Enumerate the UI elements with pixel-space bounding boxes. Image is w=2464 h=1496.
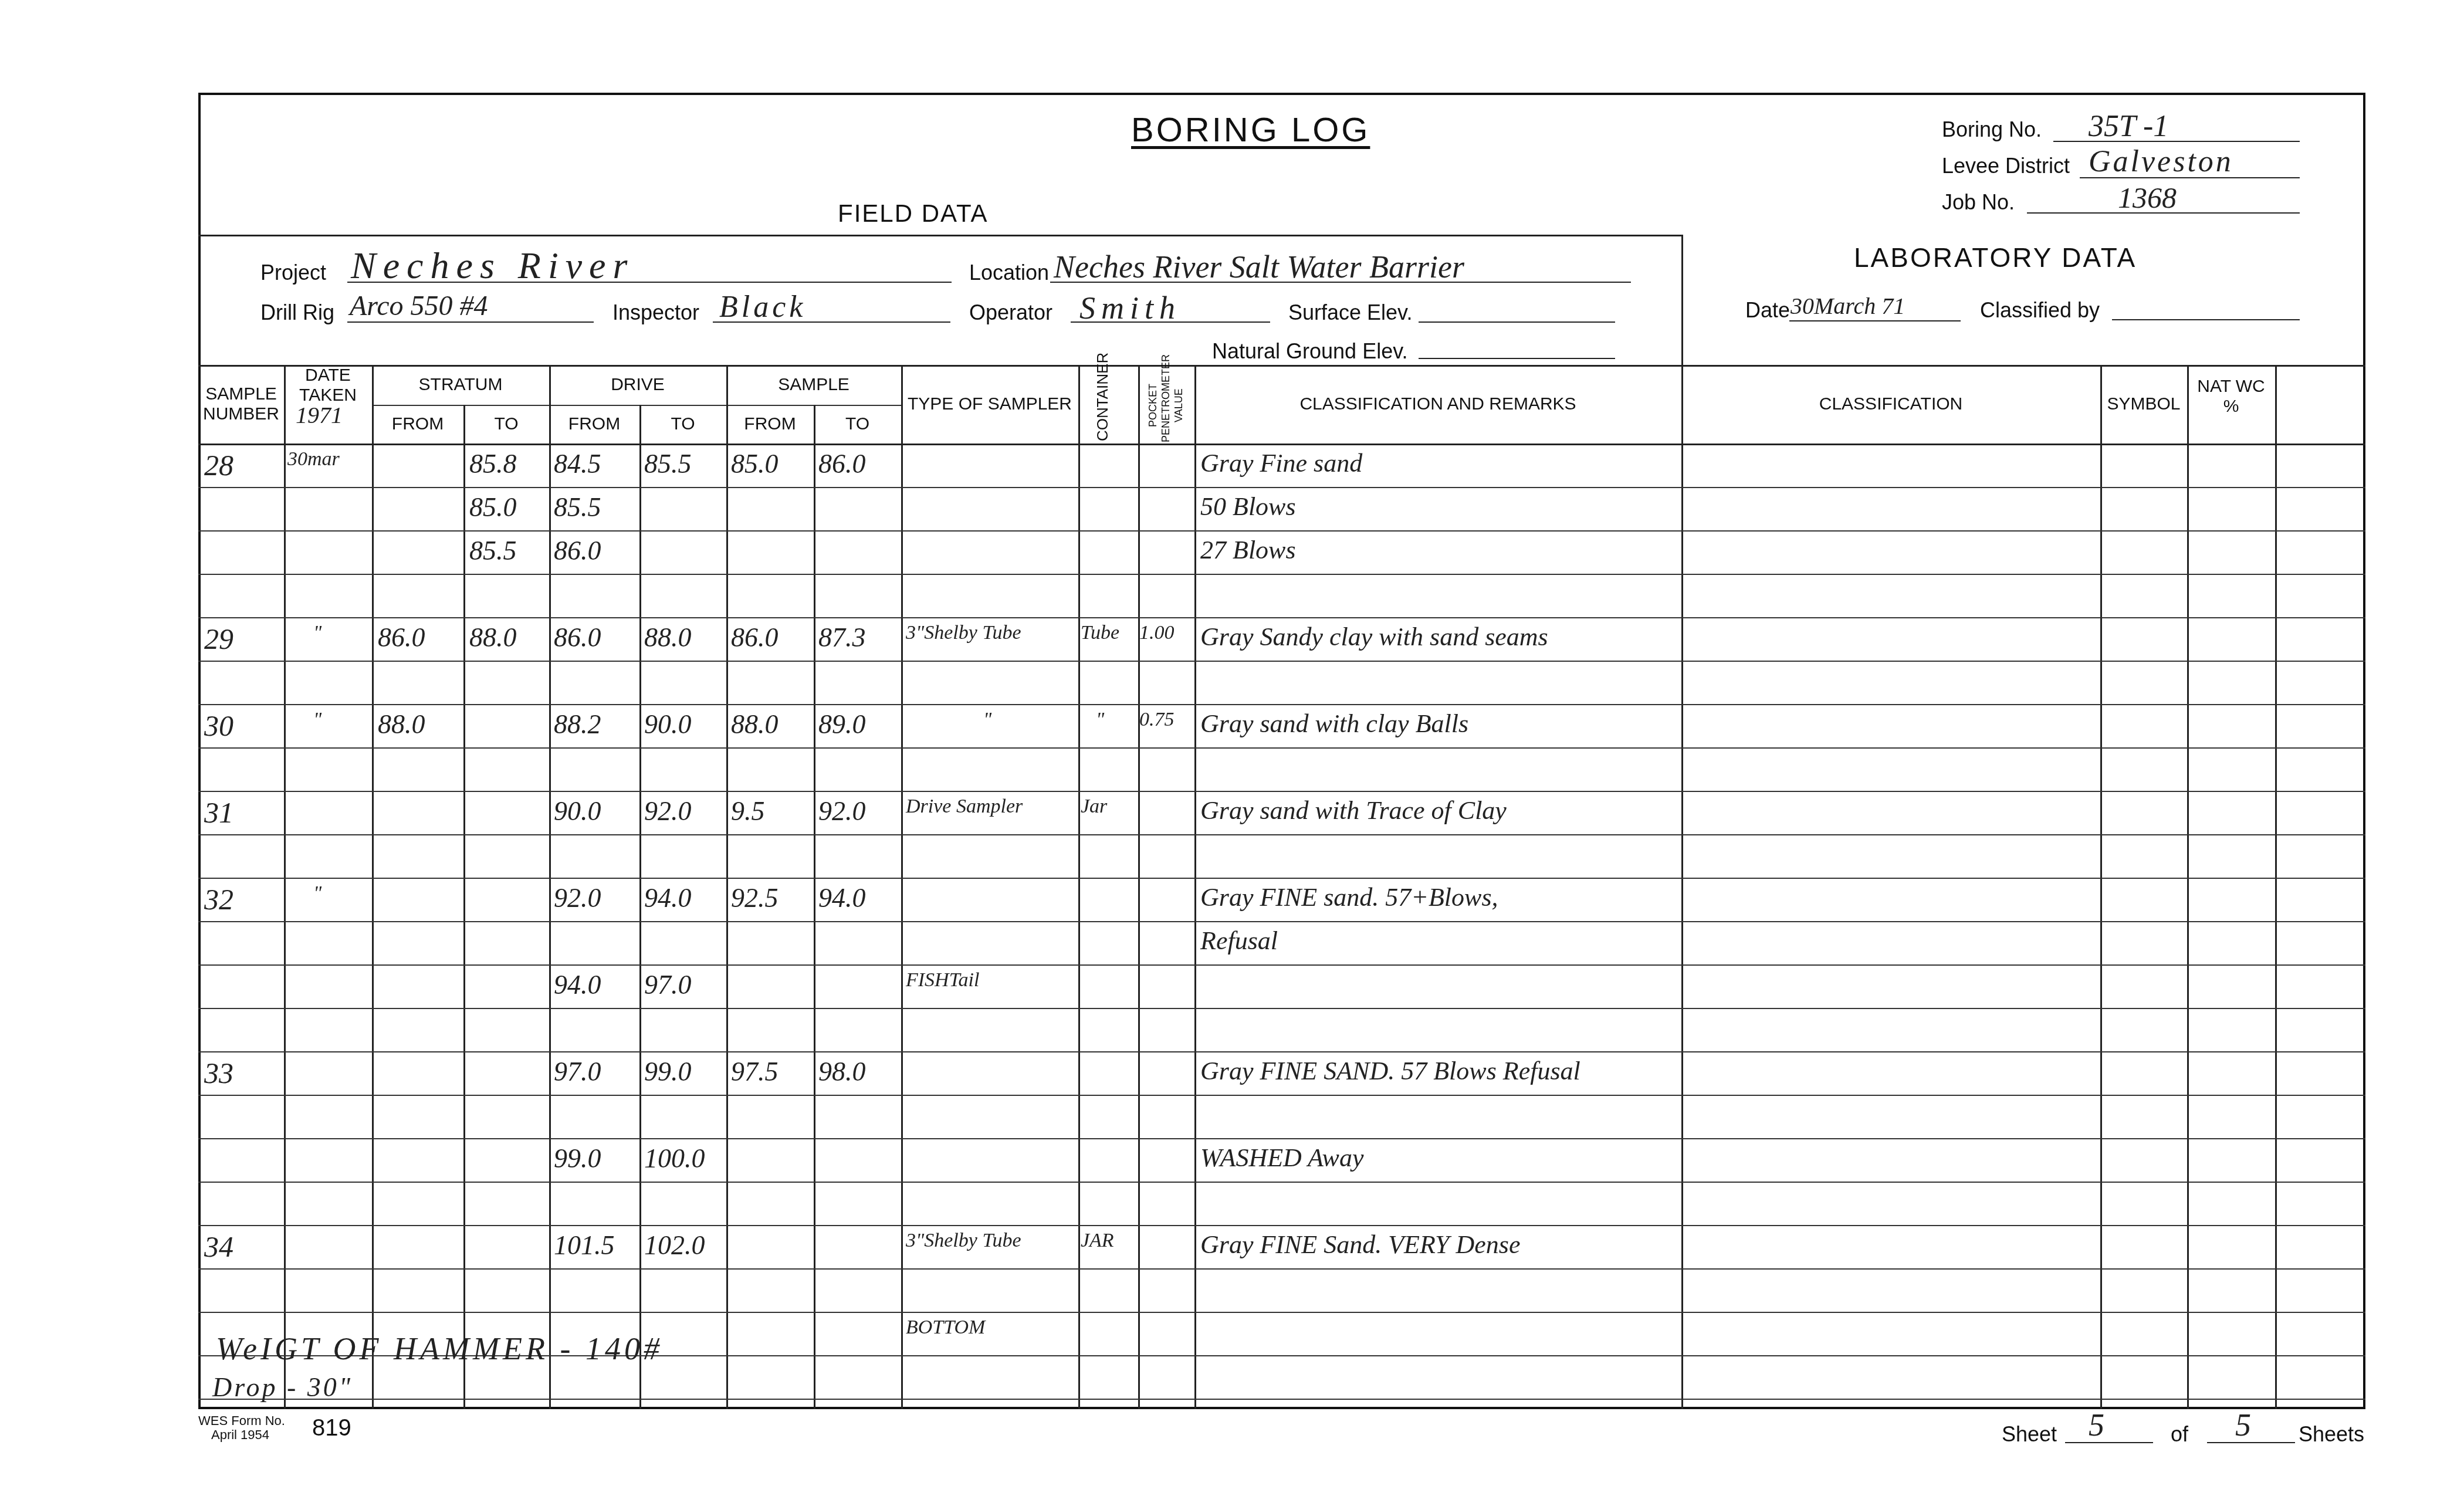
cell-st-to[interactable]: 85.8 bbox=[469, 448, 517, 479]
cell-dr-from[interactable]: 92.0 bbox=[554, 882, 601, 913]
cell-remarks[interactable]: Gray Fine sand bbox=[1200, 448, 1362, 478]
row-divider bbox=[198, 1399, 2365, 1400]
cell-sa-from[interactable]: 97.5 bbox=[731, 1056, 779, 1087]
cell-remarks[interactable]: Gray FINE SAND. 57 Blows Refusal bbox=[1200, 1056, 1580, 1086]
header-container: CONTAINER bbox=[1096, 371, 1109, 441]
cell-dr-from[interactable]: 94.0 bbox=[554, 969, 601, 1000]
inspector-label: Inspector bbox=[612, 300, 699, 325]
cell-sample[interactable]: 28 bbox=[204, 448, 233, 482]
cell-sa-to[interactable]: 94.0 bbox=[818, 882, 866, 913]
cell-sample[interactable]: 29 bbox=[204, 622, 233, 656]
header-date-year: 1971 bbox=[296, 401, 343, 429]
natural-ground-elev-label: Natural Ground Elev. bbox=[1212, 339, 1408, 364]
cell-dr-from[interactable]: 101.5 bbox=[554, 1230, 615, 1261]
header-drive: DRIVE bbox=[549, 365, 726, 405]
cell-sa-from[interactable]: 92.5 bbox=[731, 882, 779, 913]
cell-date[interactable]: " bbox=[313, 709, 321, 731]
operator-label: Operator bbox=[969, 300, 1052, 325]
cell-remarks[interactable]: 27 Blows bbox=[1200, 535, 1296, 565]
cell-sa-from[interactable]: 88.0 bbox=[731, 709, 779, 740]
table-row bbox=[198, 921, 2365, 964]
cell-sample[interactable]: 33 bbox=[204, 1056, 233, 1090]
project-value[interactable]: Neches River bbox=[351, 244, 634, 287]
table-row bbox=[198, 834, 2365, 878]
table-row bbox=[198, 661, 2365, 704]
header-classification: CLASSIFICATION bbox=[1681, 365, 2100, 444]
cell-sa-from[interactable]: 9.5 bbox=[731, 796, 765, 827]
date-label: Date bbox=[1745, 298, 1790, 323]
header-type-of-sampler: TYPE OF SAMPLER bbox=[901, 365, 1078, 444]
header-nat-wc: NAT WC% bbox=[2187, 377, 2275, 417]
header-sample-to: TO bbox=[814, 405, 901, 444]
boring-no-value[interactable]: 35T -1 bbox=[2089, 109, 2168, 144]
cell-dr-to[interactable]: 92.0 bbox=[644, 796, 692, 827]
header-drive-to: TO bbox=[639, 405, 726, 444]
boring-no-label: Boring No. bbox=[1942, 117, 2042, 142]
header-stratum-from: FROM bbox=[372, 405, 463, 444]
total-sheets[interactable]: 5 bbox=[2235, 1407, 2251, 1443]
header-stratum: STRATUM bbox=[372, 365, 549, 405]
classified-by-label: Classified by bbox=[1980, 298, 2100, 323]
table-row bbox=[198, 747, 2365, 791]
cell-date[interactable]: " bbox=[313, 882, 321, 905]
cell-pen[interactable]: 0.75 bbox=[1139, 709, 1175, 731]
drill-rig-label: Drill Rig bbox=[260, 300, 334, 325]
cell-sample[interactable]: 31 bbox=[204, 796, 233, 830]
cell-dr-to[interactable]: 90.0 bbox=[644, 709, 692, 740]
cell-sampler[interactable]: BOTTOM bbox=[906, 1316, 985, 1339]
header-symbol: SYMBOL bbox=[2100, 365, 2187, 444]
table-row bbox=[198, 1268, 2365, 1312]
cell-st-to[interactable]: 85.5 bbox=[469, 535, 517, 566]
field-data-label: FIELD DATA bbox=[838, 199, 988, 228]
cell-dr-from[interactable]: 85.5 bbox=[554, 492, 601, 523]
table-row bbox=[198, 964, 2365, 1008]
cell-st-to[interactable]: 88.0 bbox=[469, 622, 517, 653]
cell-remarks[interactable]: Gray sand with Trace of Clay bbox=[1200, 796, 1507, 825]
form-title: BORING LOG bbox=[1131, 110, 1370, 150]
cell-remarks[interactable]: Gray FINE sand. 57+Blows, bbox=[1200, 882, 1498, 912]
cell-sa-to[interactable]: 98.0 bbox=[818, 1056, 866, 1087]
cell-remarks[interactable]: 50 Blows bbox=[1200, 492, 1296, 522]
cell-sample[interactable]: 34 bbox=[204, 1230, 233, 1264]
cell-sa-from[interactable]: 86.0 bbox=[731, 622, 779, 653]
cell-container[interactable]: Tube bbox=[1081, 622, 1119, 644]
sheet-label: Sheet bbox=[2002, 1422, 2057, 1447]
cell-sampler[interactable]: 3"Shelby Tube bbox=[906, 1230, 1021, 1252]
form-date: April 1954 bbox=[198, 1428, 285, 1442]
cell-dr-from[interactable]: 84.5 bbox=[554, 448, 601, 479]
cell-sampler[interactable]: 3"Shelby Tube bbox=[906, 622, 1021, 644]
cell-sampler[interactable]: " bbox=[983, 709, 991, 731]
table-row bbox=[198, 1095, 2365, 1138]
cell-remarks[interactable]: Gray FINE Sand. VERY Dense bbox=[1200, 1230, 1520, 1260]
cell-pen[interactable]: 1.00 bbox=[1139, 622, 1175, 644]
cell-dr-to[interactable]: 94.0 bbox=[644, 882, 692, 913]
header-sample-from: FROM bbox=[726, 405, 814, 444]
cell-dr-to[interactable]: 102.0 bbox=[644, 1230, 705, 1261]
drill-rig-value[interactable]: Arco 550 #4 bbox=[350, 290, 488, 322]
job-no-label: Job No. bbox=[1942, 190, 2015, 215]
job-no-value[interactable]: 1368 bbox=[2118, 181, 2177, 215]
surface-elev-label: Surface Elev. bbox=[1288, 300, 1412, 325]
cell-st-from[interactable]: 86.0 bbox=[378, 622, 425, 653]
header-date-taken: DATE TAKEN bbox=[284, 365, 372, 406]
form-number: 819 bbox=[312, 1415, 351, 1441]
laboratory-data-label: LABORATORY DATA bbox=[1854, 242, 2137, 273]
sheet-number[interactable]: 5 bbox=[2089, 1407, 2104, 1443]
project-label: Project bbox=[260, 260, 326, 285]
cell-dr-to[interactable]: 85.5 bbox=[644, 448, 692, 479]
header-classification-and-remarks: CLASSIFICATION AND REMARKS bbox=[1194, 365, 1681, 444]
cell-dr-to[interactable]: 88.0 bbox=[644, 622, 692, 653]
drop-note: Drop - 30" bbox=[212, 1372, 353, 1403]
cell-dr-from[interactable]: 88.2 bbox=[554, 709, 601, 740]
cell-remarks[interactable]: Gray sand with clay Balls bbox=[1200, 709, 1468, 739]
location-value[interactable]: Neches River Salt Water Barrier bbox=[1054, 249, 1464, 285]
cell-dr-from[interactable]: 86.0 bbox=[554, 622, 601, 653]
cell-dr-from[interactable]: 90.0 bbox=[554, 796, 601, 827]
cell-sa-to[interactable]: 86.0 bbox=[818, 448, 866, 479]
sheets-label: Sheets bbox=[2299, 1422, 2364, 1447]
cell-dr-to[interactable]: 99.0 bbox=[644, 1056, 692, 1087]
cell-container[interactable]: JAR bbox=[1081, 1230, 1114, 1252]
levee-district-value[interactable]: Galveston bbox=[2089, 144, 2233, 179]
table-row bbox=[198, 1008, 2365, 1051]
cell-st-from[interactable]: 88.0 bbox=[378, 709, 425, 740]
location-label: Location bbox=[969, 260, 1049, 285]
header-pocket-penetrometer: POCKET PENETROMETER VALUE bbox=[1146, 368, 1187, 442]
cell-remarks[interactable]: Gray Sandy clay with sand seams bbox=[1200, 622, 1548, 652]
table-row bbox=[198, 574, 2365, 617]
cell-st-to[interactable]: 85.0 bbox=[469, 492, 517, 523]
cell-sa-from[interactable]: 85.0 bbox=[731, 448, 779, 479]
cell-sa-to[interactable]: 87.3 bbox=[818, 622, 866, 653]
form-number-label: WES Form No. April 1954 bbox=[198, 1414, 285, 1442]
header-stratum-to: TO bbox=[463, 405, 549, 444]
date-value[interactable]: 30March 71 bbox=[1791, 292, 1905, 320]
cell-sample[interactable]: 30 bbox=[204, 709, 233, 743]
cell-sampler[interactable]: FISHTail bbox=[906, 969, 979, 991]
cell-container[interactable]: " bbox=[1096, 709, 1104, 731]
cell-container[interactable]: Jar bbox=[1081, 796, 1107, 818]
cell-dr-from[interactable]: 86.0 bbox=[554, 535, 601, 566]
operator-value[interactable]: Smith bbox=[1079, 290, 1181, 326]
hammer-weight-note: WeIGT OF HAMMER - 140# bbox=[216, 1331, 663, 1367]
cell-sampler[interactable]: Drive Sampler bbox=[906, 796, 1023, 818]
cell-sample[interactable]: 32 bbox=[204, 882, 233, 916]
cell-remarks[interactable]: Refusal bbox=[1200, 926, 1278, 956]
header-sample-number: SAMPLE NUMBER bbox=[198, 365, 284, 444]
cell-dr-to[interactable]: 100.0 bbox=[644, 1143, 705, 1174]
cell-dr-from[interactable]: 97.0 bbox=[554, 1056, 601, 1087]
table-row bbox=[198, 1182, 2365, 1225]
levee-district-label: Levee District bbox=[1942, 154, 2070, 178]
header-drive-from: FROM bbox=[549, 405, 639, 444]
cell-date[interactable]: 30mar bbox=[287, 448, 340, 471]
header-sample: SAMPLE bbox=[726, 365, 901, 405]
inspector-value[interactable]: Black bbox=[719, 290, 806, 324]
form-number-label-text: WES Form No. bbox=[198, 1414, 285, 1428]
cell-remarks[interactable]: WASHED Away bbox=[1200, 1143, 1363, 1173]
cell-dr-from[interactable]: 99.0 bbox=[554, 1143, 601, 1174]
of-label: of bbox=[2171, 1422, 2188, 1447]
cell-dr-to[interactable]: 97.0 bbox=[644, 969, 692, 1000]
cell-sa-to[interactable]: 89.0 bbox=[818, 709, 866, 740]
cell-date[interactable]: " bbox=[313, 622, 321, 644]
cell-sa-to[interactable]: 92.0 bbox=[818, 796, 866, 827]
